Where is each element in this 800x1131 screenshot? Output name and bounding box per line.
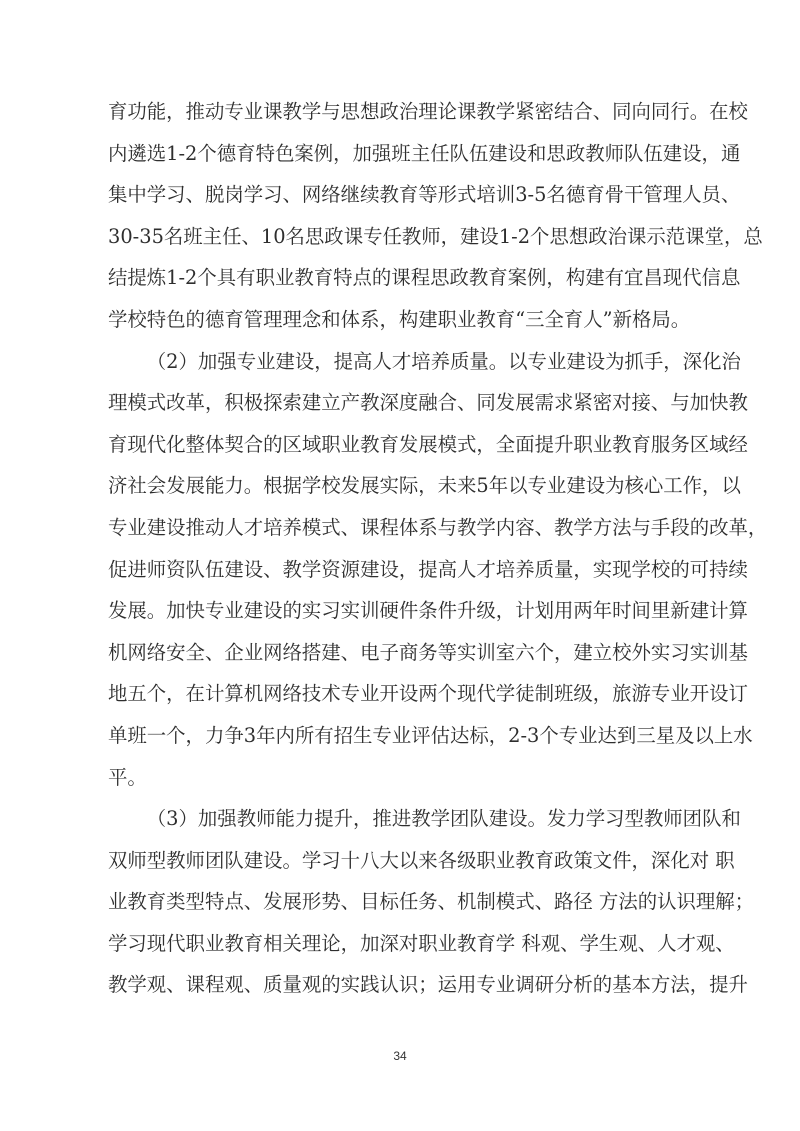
text-line: 机网络安全、企业网络搭建、电子商务等实训室六个，建立校外实习实训基 <box>108 632 698 674</box>
text-line: 地五个，在计算机网络技术专业开设两个现代学徒制班级，旅游专业开设订 <box>108 673 698 715</box>
text-line: 单班一个，力争3年内所有招生专业评估达标，2-3个专业达到三星及以上水 <box>108 715 698 757</box>
text-line-indented: （2）加强专业建设，提高人才培养质量。以专业建设为抓手，深化治 <box>108 341 698 383</box>
page-number: 34 <box>0 1049 800 1063</box>
paragraph-teacher-capacity: （3）加强教师能力提升，推进教学团队建设。发力学习型教师团队和 双师型教师团队建… <box>108 798 698 1006</box>
text-line: 理模式改革，积极探索建立产教深度融合、同发展需求紧密对接、与加快教 <box>108 382 698 424</box>
text-line: 内遴选1-2个德育特色案例，加强班主任队伍建设和思政教师队伍建设，通 <box>108 133 698 175</box>
text-line: 业教育类型特点、发展形势、目标任务、机制模式、路径 方法的认识理解； <box>108 881 698 923</box>
text-line: 济社会发展能力。根据学校发展实际，未来5年以专业建设为核心工作，以 <box>108 465 698 507</box>
text-line: 促进师资队伍建设、教学资源建设，提高人才培养质量，实现学校的可持续 <box>108 549 698 591</box>
text-line: 集中学习、脱岗学习、网络继续教育等形式培训3-5名德育骨干管理人员、 <box>108 174 698 216</box>
text-line: 30-35名班主任、10名思政课专任教师，建设1-2个思想政治课示范课堂，总 <box>108 216 698 258</box>
text-line: 学习现代职业教育相关理论，加深对职业教育学 科观、学生观、人才观、 <box>108 923 698 965</box>
text-line: 育现代化整体契合的区域职业教育发展模式，全面提升职业教育服务区域经 <box>108 424 698 466</box>
text-line-indented: （3）加强教师能力提升，推进教学团队建设。发力学习型教师团队和 <box>108 798 698 840</box>
paragraph-moral-education: 育功能，推动专业课教学与思想政治理论课教学紧密结合、同向同行。在校 内遴选1-2… <box>108 91 698 341</box>
paragraph-specialty-construction: （2）加强专业建设，提高人才培养质量。以专业建设为抓手，深化治 理模式改革，积极… <box>108 341 698 799</box>
text-line: 育功能，推动专业课教学与思想政治理论课教学紧密结合、同向同行。在校 <box>108 91 698 133</box>
document-page: 育功能，推动专业课教学与思想政治理论课教学紧密结合、同向同行。在校 内遴选1-2… <box>0 0 800 1131</box>
text-line: 发展。加快专业建设的实习实训硬件条件升级，计划用两年时间里新建计算 <box>108 590 698 632</box>
body-text: 育功能，推动专业课教学与思想政治理论课教学紧密结合、同向同行。在校 内遴选1-2… <box>108 91 698 1006</box>
text-line: 教学观、课程观、质量观的实践认识；运用专业调研分析的基本方法，提升 <box>108 964 698 1006</box>
text-line: 平。 <box>108 757 698 799</box>
text-line: 专业建设推动人才培养模式、课程体系与教学内容、教学方法与手段的改革， <box>108 507 698 549</box>
text-line: 结提炼1-2个具有职业教育特点的课程思政教育案例，构建有宜昌现代信息 <box>108 257 698 299</box>
text-line: 学校特色的德育管理理念和体系，构建职业教育“三全育人”新格局。 <box>108 299 698 341</box>
text-line: 双师型教师团队建设。学习十八大以来各级职业教育政策文件，深化对 职 <box>108 840 698 882</box>
